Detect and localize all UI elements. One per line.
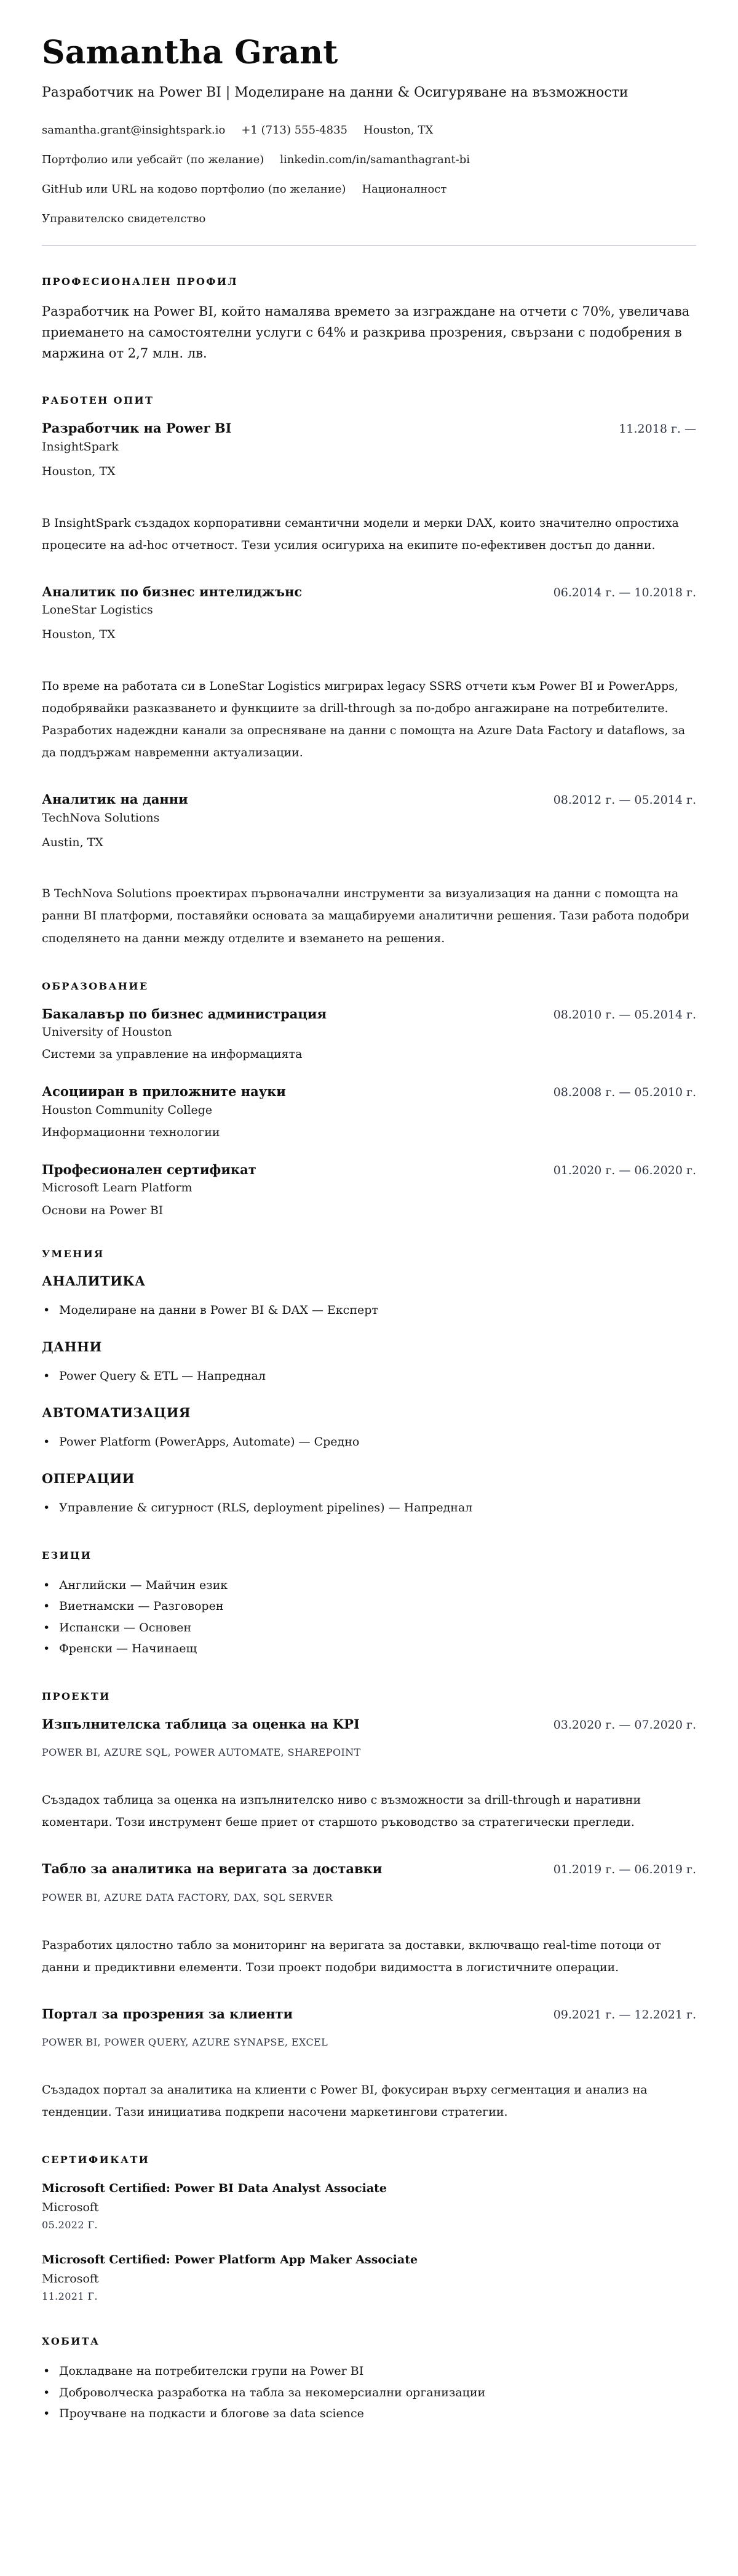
hobbies-section: Хобита Докладване на потребителски групи…: [42, 2335, 696, 2424]
project-tech-stack: Power BI, Azure SQL, Power Automate, Sha…: [42, 1746, 696, 1758]
school: Microsoft Learn Platform: [42, 1178, 696, 1197]
skill-item: Управление & сигурност (RLS, deployment …: [42, 1497, 696, 1518]
hobby-item: Доброволческа разработка на табла за нек…: [42, 2382, 696, 2403]
certification-entry: Microsoft Certified: Power BI Data Analy…: [42, 2179, 696, 2233]
project-description: Създадох таблица за оценка на изпълнител…: [42, 1789, 696, 1833]
job-location: Austin, TX: [42, 833, 696, 852]
school: Houston Community College: [42, 1101, 696, 1119]
skill-category: ОПЕРАЦИИ: [42, 1471, 696, 1486]
hobby-item: Докладване на потребителски групи на Pow…: [42, 2361, 696, 2382]
section-title: Езици: [42, 1550, 696, 1561]
experience-entry: Аналитик на данни 08.2012 г. — 05.2014 г…: [42, 791, 696, 949]
location: Houston, TX: [363, 124, 433, 137]
education-entry: Асоцииран в приложните науки 08.2008 г. …: [42, 1083, 696, 1139]
job-title: Аналитик на данни: [42, 791, 188, 808]
skill-category: АВТОМАТИЗАЦИЯ: [42, 1405, 696, 1420]
github-link[interactable]: GitHub или URL на кодово портфолио (по ж…: [42, 183, 346, 196]
portfolio-link[interactable]: Портфолио или уебсайт (по желание): [42, 153, 264, 166]
project-description: Разработих цялостно табло за мониторинг …: [42, 1934, 696, 1978]
contact-row: samantha.grant@insightspark.io+1 (713) 5…: [42, 122, 696, 138]
language-item: Френски — Начинаещ: [42, 1638, 696, 1660]
education-dates: 08.2008 г. — 05.2010 г.: [553, 1086, 696, 1099]
linkedin-link[interactable]: linkedin.com/in/samanthagrant-bi: [280, 153, 470, 166]
certification-date: 05.2022 Г.: [42, 2217, 696, 2233]
header-divider: [42, 245, 696, 246]
section-title: Образование: [42, 980, 696, 992]
contact-row: GitHub или URL на кодово портфолио (по ж…: [42, 182, 696, 197]
project-tech-stack: Power BI, Azure Data Factory, DAX, SQL S…: [42, 1892, 696, 1903]
languages-section: Езици Английски — Майчин език Виетнамски…: [42, 1550, 696, 1660]
education-entry: Професионален сертификат 01.2020 г. — 06…: [42, 1161, 696, 1217]
certification-date: 11.2021 Г.: [42, 2288, 696, 2305]
section-title: Работен опит: [42, 394, 696, 406]
section-title: Професионален профил: [42, 276, 696, 287]
email[interactable]: samantha.grant@insightspark.io: [42, 124, 225, 137]
project-name: Изпълнителска таблица за оценка на KPI: [42, 1716, 360, 1733]
language-item: Английски — Майчин език: [42, 1575, 696, 1596]
certification-issuer: Microsoft: [42, 2198, 696, 2217]
certification-name: Microsoft Certified: Power Platform App …: [42, 2250, 696, 2269]
experience-section: Работен опит Разработчик на Power BI 11.…: [42, 394, 696, 949]
field-of-study: Основи на Power BI: [42, 1204, 696, 1217]
language-list: Английски — Майчин език Виетнамски — Раз…: [42, 1575, 696, 1660]
job-description: В InsightSpark създадох корпоративни сем…: [42, 512, 696, 556]
degree: Асоцииран в приложните науки: [42, 1083, 286, 1100]
profile-section: Професионален профил Разработчик на Powe…: [42, 276, 696, 364]
company: TechNova Solutions: [42, 809, 696, 827]
section-title: Сертификати: [42, 2154, 696, 2166]
experience-entry: Разработчик на Power BI 11.2018 г. — Ins…: [42, 420, 696, 556]
education-section: Образование Бакалавър по бизнес админист…: [42, 980, 696, 1217]
experience-entry: Аналитик по бизнес интелиджънс 06.2014 г…: [42, 583, 696, 764]
section-title: Хобита: [42, 2335, 696, 2347]
headline: Разработчик на Power BI | Моделиране на …: [42, 84, 696, 103]
job-title: Разработчик на Power BI: [42, 420, 231, 437]
contact-row: Управителско свидетелство: [42, 211, 696, 226]
nationality: Националност: [362, 183, 446, 196]
skill-category: АНАЛИТИКА: [42, 1273, 696, 1289]
skill-item: Power Query & ETL — Напреднал: [42, 1366, 696, 1386]
phone[interactable]: +1 (713) 555-4835: [241, 124, 347, 137]
certification-issuer: Microsoft: [42, 2270, 696, 2288]
resume-page: Samantha Grant Разработчик на Power BI |…: [0, 0, 738, 2479]
candidate-name: Samantha Grant: [42, 34, 696, 71]
section-title: Проекти: [42, 1690, 696, 1702]
skill-list: Моделиране на данни в Power BI & DAX — Е…: [42, 1300, 696, 1321]
job-location: Houston, TX: [42, 625, 696, 644]
certifications-section: Сертификати Microsoft Certified: Power B…: [42, 2154, 696, 2305]
language-item: Виетнамски — Разговорен: [42, 1596, 696, 1617]
education-entry: Бакалавър по бизнес администрация 08.201…: [42, 1006, 696, 1062]
project-dates: 01.2019 г. — 06.2019 г.: [553, 1863, 696, 1876]
project-entry: Табло за аналитика на веригата за достав…: [42, 1860, 696, 1978]
skill-list: Power Query & ETL — Напреднал: [42, 1366, 696, 1386]
certification-entry: Microsoft Certified: Power Platform App …: [42, 2250, 696, 2305]
certification-name: Microsoft Certified: Power BI Data Analy…: [42, 2179, 696, 2198]
job-dates: 11.2018 г. —: [619, 422, 696, 436]
projects-section: Проекти Изпълнителска таблица за оценка …: [42, 1690, 696, 2124]
project-name: Портал за прозрения за клиенти: [42, 2006, 293, 2023]
skill-item: Power Platform (PowerApps, Automate) — С…: [42, 1431, 696, 1452]
company: InsightSpark: [42, 438, 696, 456]
field-of-study: Информационни технологии: [42, 1126, 696, 1139]
job-dates: 06.2014 г. — 10.2018 г.: [553, 586, 696, 599]
resume-header: Samantha Grant Разработчик на Power BI |…: [42, 34, 696, 246]
project-dates: 09.2021 г. — 12.2021 г.: [553, 2008, 696, 2022]
job-description: По време на работата си в LoneStar Logis…: [42, 675, 696, 764]
skill-list: Управление & сигурност (RLS, deployment …: [42, 1497, 696, 1518]
project-dates: 03.2020 г. — 07.2020 г.: [553, 1718, 696, 1732]
education-dates: 01.2020 г. — 06.2020 г.: [553, 1164, 696, 1177]
language-item: Испански — Основен: [42, 1617, 696, 1639]
driving-license: Управителско свидетелство: [42, 212, 205, 225]
job-description: В TechNova Solutions проектирах първонач…: [42, 882, 696, 949]
hobby-list: Докладване на потребителски групи на Pow…: [42, 2361, 696, 2424]
contact-row: Портфолио или уебсайт (по желание)linked…: [42, 152, 696, 167]
job-dates: 08.2012 г. — 05.2014 г.: [553, 793, 696, 807]
degree: Професионален сертификат: [42, 1161, 256, 1178]
job-title: Аналитик по бизнес интелиджънс: [42, 583, 302, 601]
profile-summary: Разработчик на Power BI, който намалява …: [42, 301, 696, 364]
project-entry: Изпълнителска таблица за оценка на KPI 0…: [42, 1716, 696, 1834]
education-dates: 08.2010 г. — 05.2014 г.: [553, 1008, 696, 1022]
skills-section: Умения АНАЛИТИКА Моделиране на данни в P…: [42, 1248, 696, 1519]
school: University of Houston: [42, 1023, 696, 1041]
skill-category: ДАННИ: [42, 1339, 696, 1354]
company: LoneStar Logistics: [42, 601, 696, 619]
project-description: Създадох портал за аналитика на клиенти …: [42, 2079, 696, 2123]
degree: Бакалавър по бизнес администрация: [42, 1006, 327, 1023]
skill-list: Power Platform (PowerApps, Automate) — С…: [42, 1431, 696, 1452]
section-title: Умения: [42, 1248, 696, 1260]
job-location: Houston, TX: [42, 462, 696, 481]
project-name: Табло за аналитика на веригата за достав…: [42, 1860, 382, 1878]
project-entry: Портал за прозрения за клиенти 09.2021 г…: [42, 2006, 696, 2124]
hobby-item: Проучване на подкасти и блогове за data …: [42, 2403, 696, 2424]
field-of-study: Системи за управление на информацията: [42, 1047, 696, 1061]
project-tech-stack: Power BI, Power Query, Azure Synapse, Ex…: [42, 2036, 696, 2048]
skill-item: Моделиране на данни в Power BI & DAX — Е…: [42, 1300, 696, 1321]
